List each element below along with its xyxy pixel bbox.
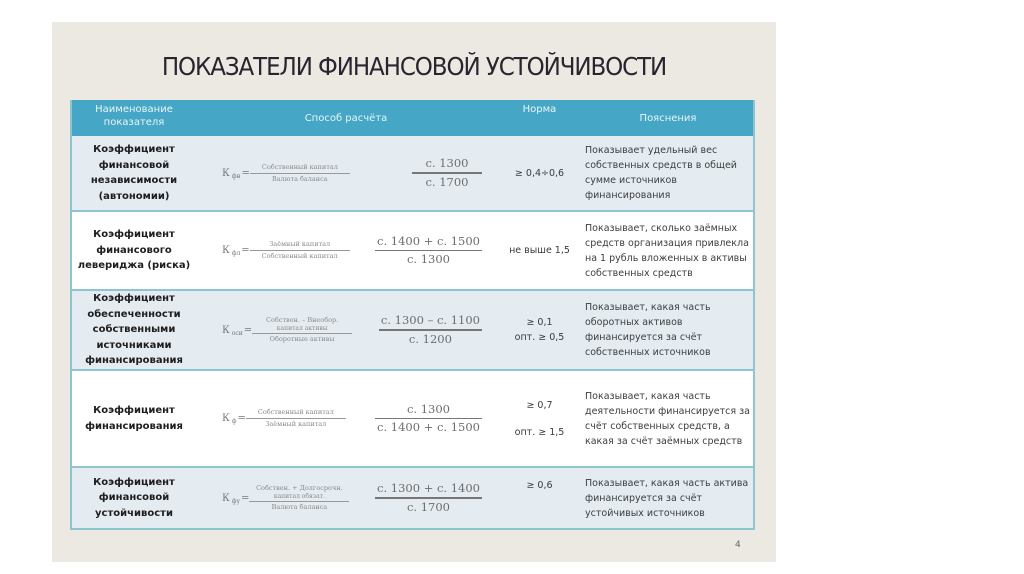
lines-numerator: с. 1400 + с. 1500 [375, 234, 482, 249]
balance-lines-fraction: с. 1300 с. 1700 [412, 156, 482, 190]
header-method: Способ расчёта [196, 100, 496, 136]
fraction-bar [375, 418, 482, 420]
k-symbol: К [222, 323, 230, 338]
fraction-bar [412, 172, 482, 174]
norm-value: ≥ 0,6 [496, 467, 583, 529]
verbal-denominator: Валюта баланса [272, 503, 328, 512]
k-symbol: К [222, 243, 230, 258]
equals-sign: = [241, 243, 249, 258]
balance-lines-fraction: с. 1300 с. 1400 + с. 1500 [375, 402, 482, 436]
k-subscript: фу [232, 494, 240, 509]
indicators-table: Наименование показателя Способ расчёта Н… [70, 100, 755, 530]
norm-primary: ≥ 0,4÷0,6 [500, 166, 579, 181]
equals-sign: = [237, 411, 245, 426]
coefficient-formula: К ф = Собственный капитал Заёмный капита… [222, 408, 346, 429]
indicator-name: Коэффициент финансовой устойчивости [71, 467, 196, 529]
explanation: Показывает, какая часть деятельности фин… [583, 370, 754, 467]
verbal-numerator: Собствен. + Долгосрочн. [256, 484, 343, 493]
lines-numerator: с. 1300 + с. 1400 [375, 481, 482, 496]
coefficient-formula: К фу = Собствен. + Долгосрочн. капитал о… [222, 484, 349, 512]
balance-lines-fraction: с. 1400 + с. 1500 с. 1300 [375, 234, 482, 268]
norm-value: не выше 1,5 [496, 211, 583, 290]
verbal-numerator-line2: капитал активы [277, 325, 328, 332]
lines-denominator: с. 1700 [405, 500, 452, 515]
k-symbol: К [222, 166, 230, 181]
verbal-numerator: Собственный капитал [258, 408, 334, 417]
table-row: Коэффициент финансового левериджа (риска… [71, 211, 754, 290]
slide: ПОКАЗАТЕЛИ ФИНАНСОВОЙ УСТОЙЧИВОСТИ Наиме… [52, 22, 776, 562]
explanation: Показывает, какая часть оборотных активо… [583, 290, 754, 370]
norm-value: ≥ 0,7 опт. ≥ 1,5 [496, 370, 583, 467]
lines-numerator: с. 1300 [423, 156, 470, 171]
k-subscript: оси [232, 326, 243, 341]
norm-value: ≥ 0,4÷0,6 [496, 136, 583, 211]
fraction-bar [375, 250, 482, 252]
fraction-bar [249, 501, 349, 502]
explanation: Показывает, сколько заёмных средств орга… [583, 211, 754, 290]
indicator-name: Коэффициент финансовой независимости (ав… [71, 136, 196, 211]
header-explanation: Пояснения [583, 100, 754, 136]
k-subscript: фл [232, 246, 241, 261]
fraction-bar [252, 333, 352, 334]
verbal-fraction: Собствен. + Долгосрочн. капитал обязат. … [249, 484, 349, 512]
k-subscript: ф [232, 414, 237, 429]
table-row: Коэффициент обеспеченности собственными … [71, 290, 754, 370]
explanation: Показывает удельный вес собственных сред… [583, 136, 754, 211]
explanation: Показывает, какая часть актива финансиру… [583, 467, 754, 529]
norm-value: ≥ 0,1 опт. ≥ 0,5 [496, 290, 583, 370]
table-row: Коэффициент финансирования К ф = Собстве… [71, 370, 754, 467]
verbal-denominator: Валюта баланса [272, 175, 328, 184]
norm-optimal: опт. ≥ 0,5 [500, 330, 579, 345]
lines-numerator: с. 1300 [405, 402, 452, 417]
fraction-bar [246, 418, 346, 419]
indicator-name: Коэффициент обеспеченности собственными … [71, 290, 196, 370]
lines-denominator: с. 1400 + с. 1500 [375, 420, 482, 435]
balance-lines-fraction: с. 1300 + с. 1400 с. 1700 [375, 481, 482, 515]
equals-sign: = [244, 323, 252, 338]
fraction-bar [250, 250, 350, 251]
lines-denominator: с. 1200 [407, 332, 454, 347]
verbal-fraction: Собственный капитал Валюта баланса [250, 163, 350, 184]
verbal-denominator: Заёмный капитал [265, 420, 326, 429]
coefficient-formula: К оси = Собствен. – Внеобор. капитал акт… [222, 316, 352, 344]
lines-denominator: с. 1700 [423, 175, 470, 190]
verbal-denominator: Собственный капитал [262, 252, 338, 261]
calculation-method: К ф = Собственный капитал Заёмный капита… [196, 370, 496, 467]
calculation-method: К оси = Собствен. – Внеобор. капитал акт… [196, 290, 496, 370]
lines-denominator: с. 1300 [405, 252, 452, 267]
calculation-method: К фу = Собствен. + Долгосрочн. капитал о… [196, 467, 496, 529]
verbal-numerator: Собствен. – Внеобор. [266, 316, 338, 325]
slide-title: ПОКАЗАТЕЛИ ФИНАНСОВОЙ УСТОЙЧИВОСТИ [81, 52, 747, 81]
verbal-numerator: Заёмный капитал [269, 240, 330, 249]
norm-primary: ≥ 0,1 [500, 315, 579, 330]
verbal-fraction: Собственный капитал Заёмный капитал [246, 408, 346, 429]
equals-sign: = [241, 491, 249, 506]
indicator-name: Коэффициент финансового левериджа (риска… [71, 211, 196, 290]
k-subscript: фн [232, 169, 241, 184]
calculation-method: К фн = Собственный капитал Валюта баланс… [196, 136, 496, 211]
fraction-bar [375, 497, 482, 499]
equals-sign: = [241, 166, 249, 181]
verbal-numerator: Собственный капитал [262, 163, 338, 172]
fraction-bar [250, 173, 350, 174]
verbal-fraction: Заёмный капитал Собственный капитал [250, 240, 350, 261]
header-norm: Норма [496, 100, 583, 136]
lines-numerator: с. 1300 – с. 1100 [379, 313, 482, 328]
verbal-denominator: Оборотные активы [270, 335, 335, 344]
coefficient-formula: К фл = Заёмный капитал Собственный капит… [222, 240, 350, 261]
norm-primary: ≥ 0,6 [500, 478, 579, 493]
norm-primary: не выше 1,5 [500, 243, 579, 258]
k-symbol: К [222, 491, 230, 506]
page-number: 4 [735, 540, 741, 550]
table-header-row: Наименование показателя Способ расчёта Н… [71, 100, 754, 136]
norm-optimal: опт. ≥ 1,5 [500, 425, 579, 440]
coefficient-formula: К фн = Собственный капитал Валюта баланс… [222, 163, 350, 184]
balance-lines-fraction: с. 1300 – с. 1100 с. 1200 [379, 313, 482, 347]
header-name: Наименование показателя [71, 100, 196, 136]
indicator-name: Коэффициент финансирования [71, 370, 196, 467]
norm-primary: ≥ 0,7 [500, 398, 579, 413]
verbal-numerator-line2: капитал обязат. [274, 493, 325, 500]
verbal-fraction: Собствен. – Внеобор. капитал активы Обор… [252, 316, 352, 344]
table-row: Коэффициент финансовой устойчивости К фу… [71, 467, 754, 529]
k-symbol: К [222, 411, 230, 426]
table-row: Коэффициент финансовой независимости (ав… [71, 136, 754, 211]
calculation-method: К фл = Заёмный капитал Собственный капит… [196, 211, 496, 290]
fraction-bar [379, 329, 482, 331]
